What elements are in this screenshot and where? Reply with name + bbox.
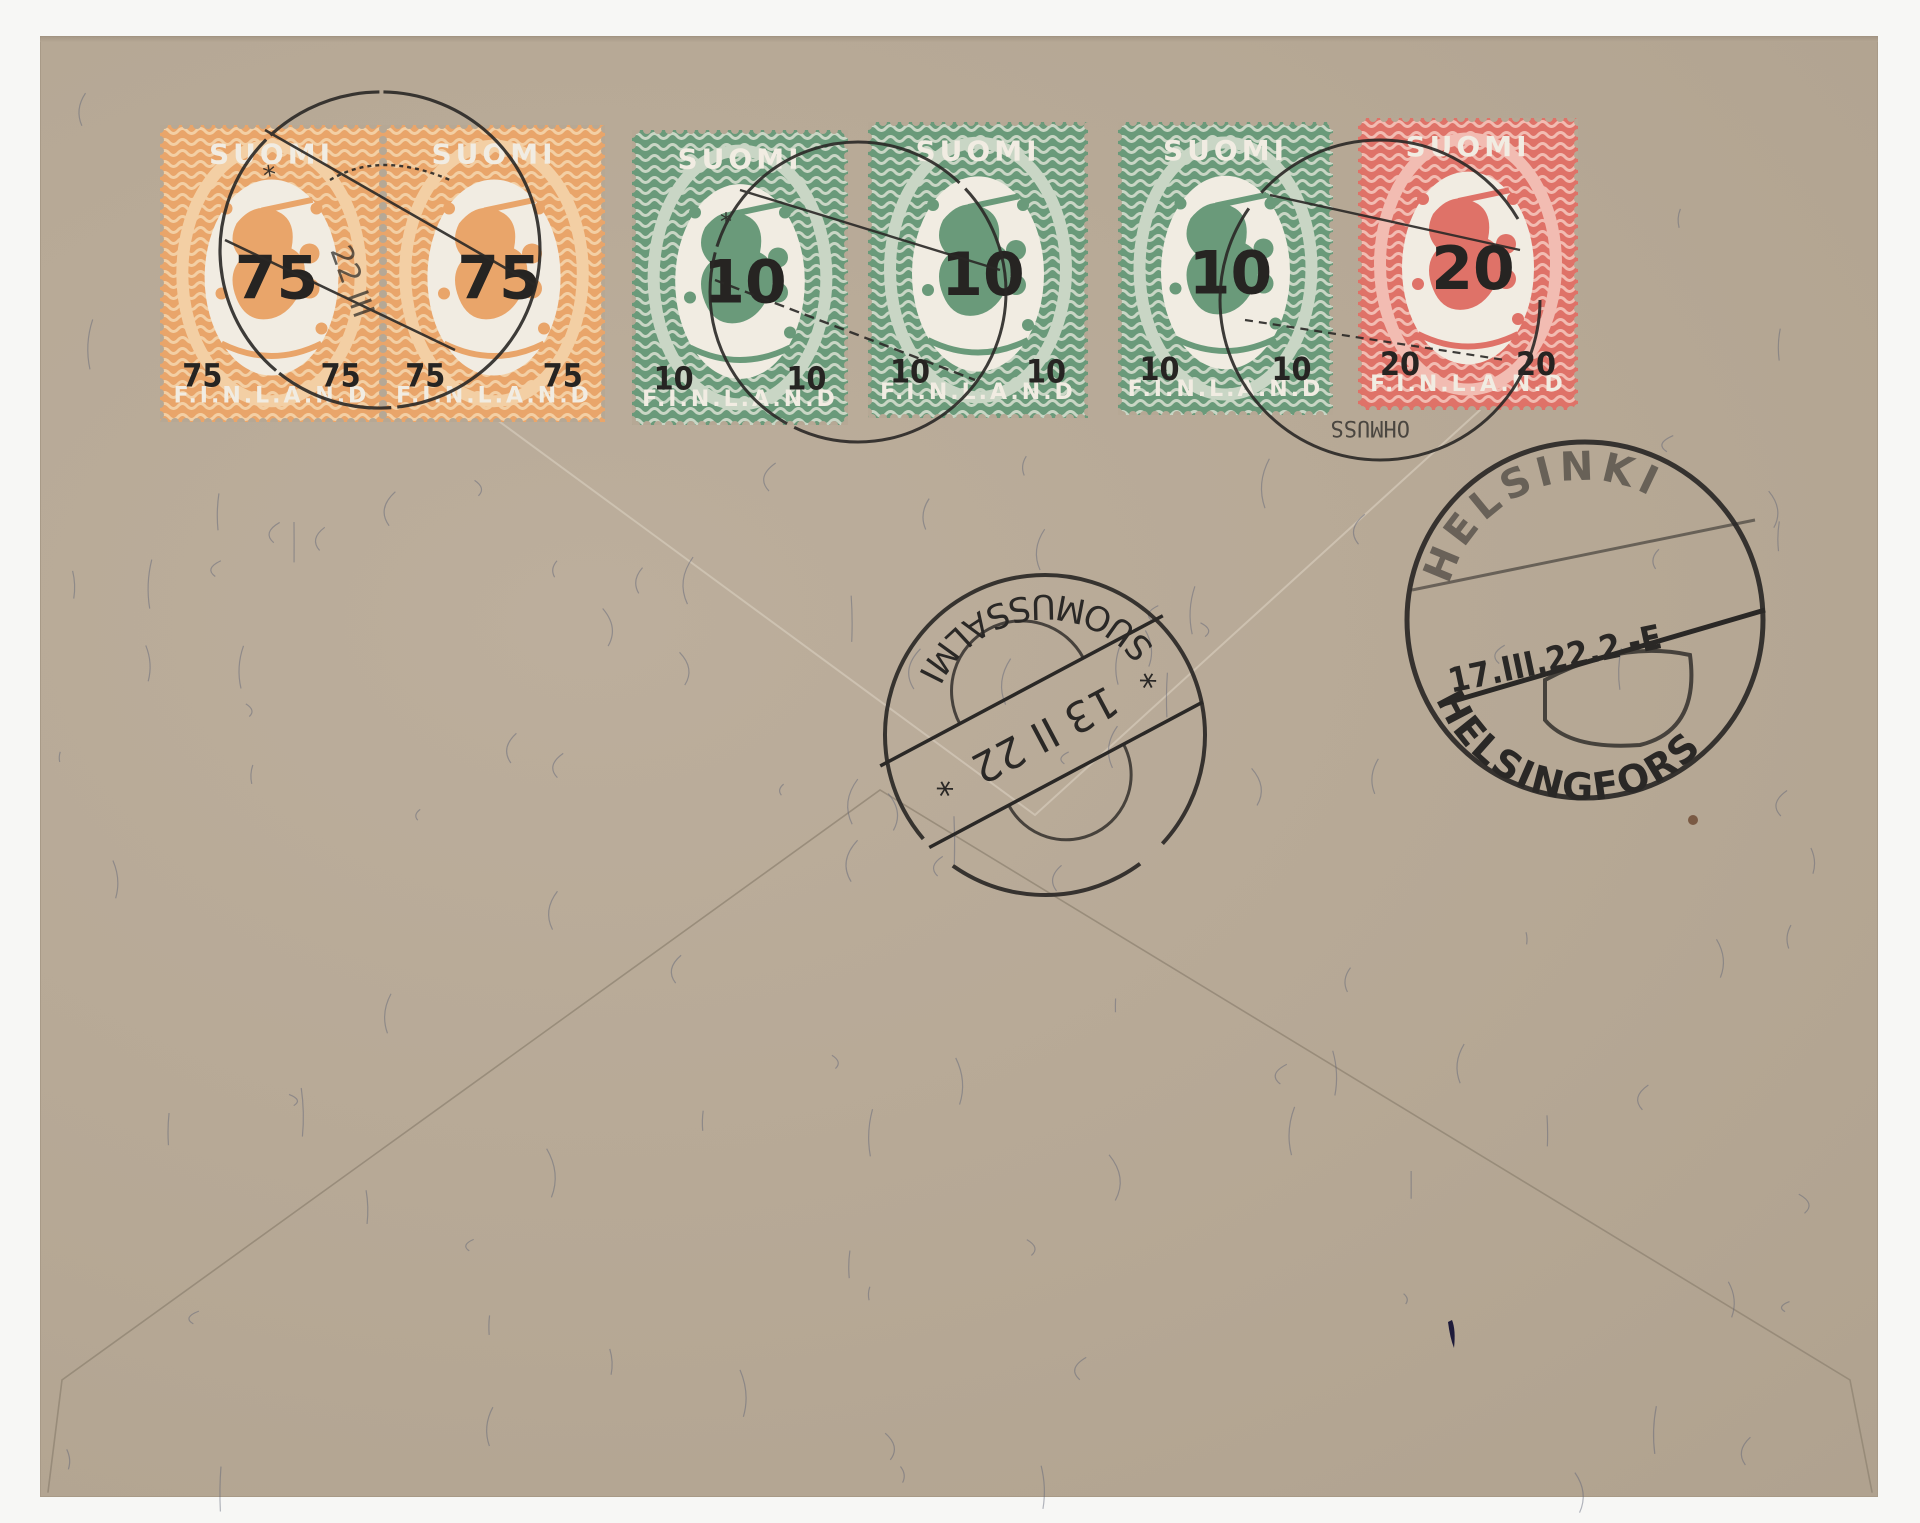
- postmark-suomussalmi: 13 II 22 * * SUOMUSSALMI: [829, 519, 1262, 952]
- svg-text:*: *: [720, 208, 732, 236]
- svg-text:OHMUSS: OHMUSS: [1331, 415, 1410, 440]
- svg-text:*: *: [925, 761, 959, 804]
- postmark-cancel-red: OHMUSS: [1220, 140, 1540, 460]
- svg-text:HELSINGFORS: HELSINGFORS: [1427, 683, 1709, 810]
- svg-text:HELSINKI: HELSINKI: [1415, 443, 1670, 588]
- postmark-helsinki: HELSINKI 17.III.22.2-E HELSINGFORS: [1407, 442, 1765, 810]
- postmark-cancel-orange: * 22 III: [195, 67, 565, 434]
- svg-text:13 II 22: 13 II 22: [963, 676, 1126, 794]
- svg-text:22 III: 22 III: [322, 241, 380, 323]
- cancellation-layer: * 22 III * OHMUSS HELSINKI 17.III.22.2-E…: [0, 0, 1920, 1523]
- svg-text:*: *: [261, 160, 279, 192]
- svg-text:17.III.22.2-E: 17.III.22.2-E: [1445, 617, 1666, 701]
- postmark-cancel-green: *: [710, 142, 1006, 442]
